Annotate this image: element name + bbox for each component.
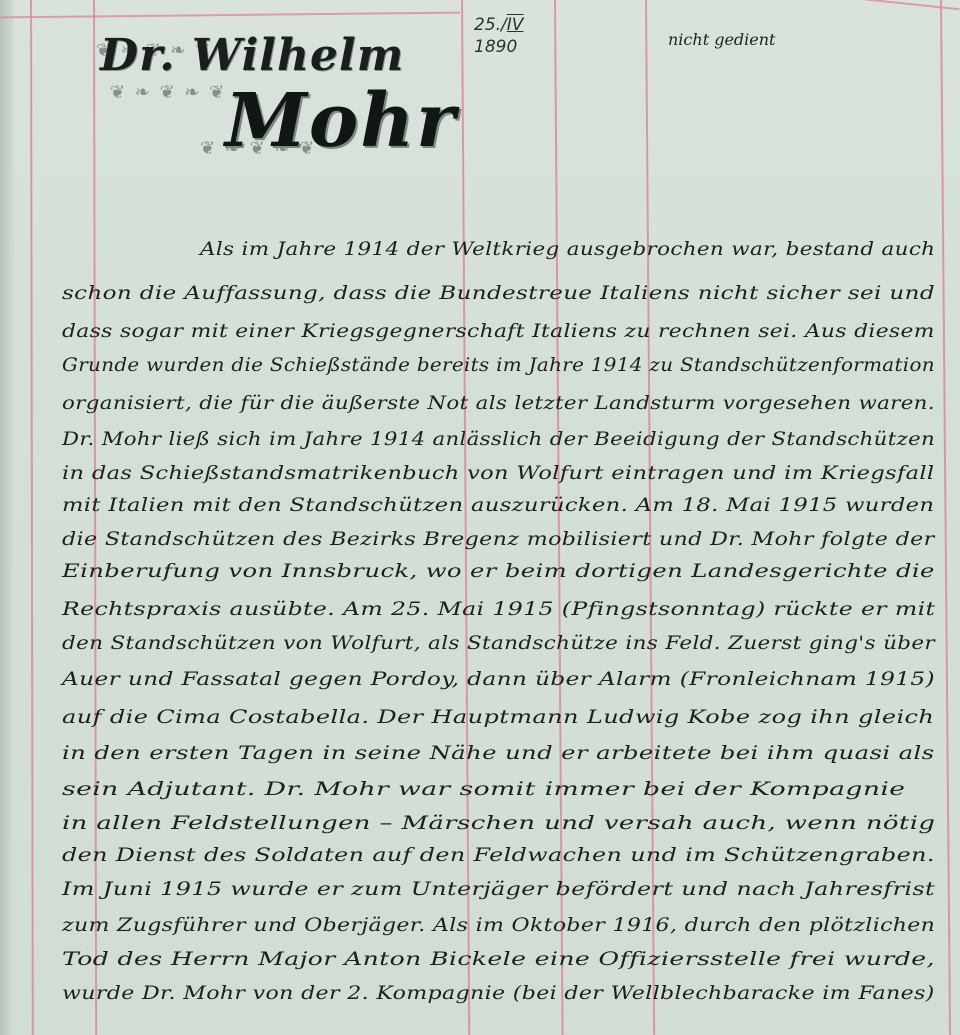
handwritten-line: mit Italien mit den Standschützen auszur… — [62, 494, 934, 516]
handwritten-line: auf die Cima Costabella. Der Hauptmann L… — [62, 706, 934, 728]
handwritten-line: die Standschützen des Bezirks Bregenz mo… — [62, 528, 935, 550]
handwritten-line: Als im Jahre 1914 der Weltkrieg ausgebro… — [200, 238, 935, 260]
handwritten-line: sein Adjutant. Dr. Mohr war somit immer … — [62, 778, 905, 800]
handwritten-line: Auer und Fassatal gegen Pordoy, dann übe… — [62, 668, 935, 690]
handwritten-line: den Dienst des Soldaten auf den Feldwach… — [62, 844, 935, 866]
handwritten-line: zum Zugsführer und Oberjäger. Als im Okt… — [62, 914, 935, 936]
ledger-page: ❦ ❧ ❦ ❧ ❦ ❦ ❧ ❦ ❧ ❦ ❦ ❧ ❦ ❧ ❦ Dr. Wilhel… — [0, 0, 960, 1035]
handwritten-line: den Standschützen von Wolfurt, als Stand… — [62, 632, 935, 654]
handwritten-line: organisiert, die für die äußerste Not al… — [62, 392, 935, 414]
handwritten-line: Grunde wurden die Schießstände bereits i… — [62, 354, 935, 376]
handwritten-line: in allen Feldstellungen – Märschen und v… — [62, 812, 935, 834]
handwritten-line: dass sogar mit einer Kriegsgegnerschaft … — [62, 320, 935, 342]
handwritten-line: Dr. Mohr ließ sich im Jahre 1914 anlässl… — [62, 428, 935, 450]
handwritten-line: Rechtspraxis ausübte. Am 25. Mai 1915 (P… — [62, 598, 935, 620]
handwritten-line: wurde Dr. Mohr von der 2. Kompagnie (bei… — [62, 982, 935, 1004]
handwritten-line: in den ersten Tagen in seine Nähe und er… — [62, 742, 935, 764]
handwritten-line: Im Juni 1915 wurde er zum Unterjäger bef… — [62, 878, 935, 900]
handwritten-line: in das Schießstandsmatrikenbuch von Wolf… — [62, 462, 934, 484]
handwritten-body: Als im Jahre 1914 der Weltkrieg ausgebro… — [0, 0, 960, 1035]
handwritten-line: Einberufung von Innsbruck, wo er beim do… — [62, 560, 935, 582]
handwritten-line: Tod des Herrn Major Anton Bickele eine O… — [62, 948, 935, 970]
handwritten-line: schon die Auffassung, dass die Bundestre… — [62, 282, 935, 304]
